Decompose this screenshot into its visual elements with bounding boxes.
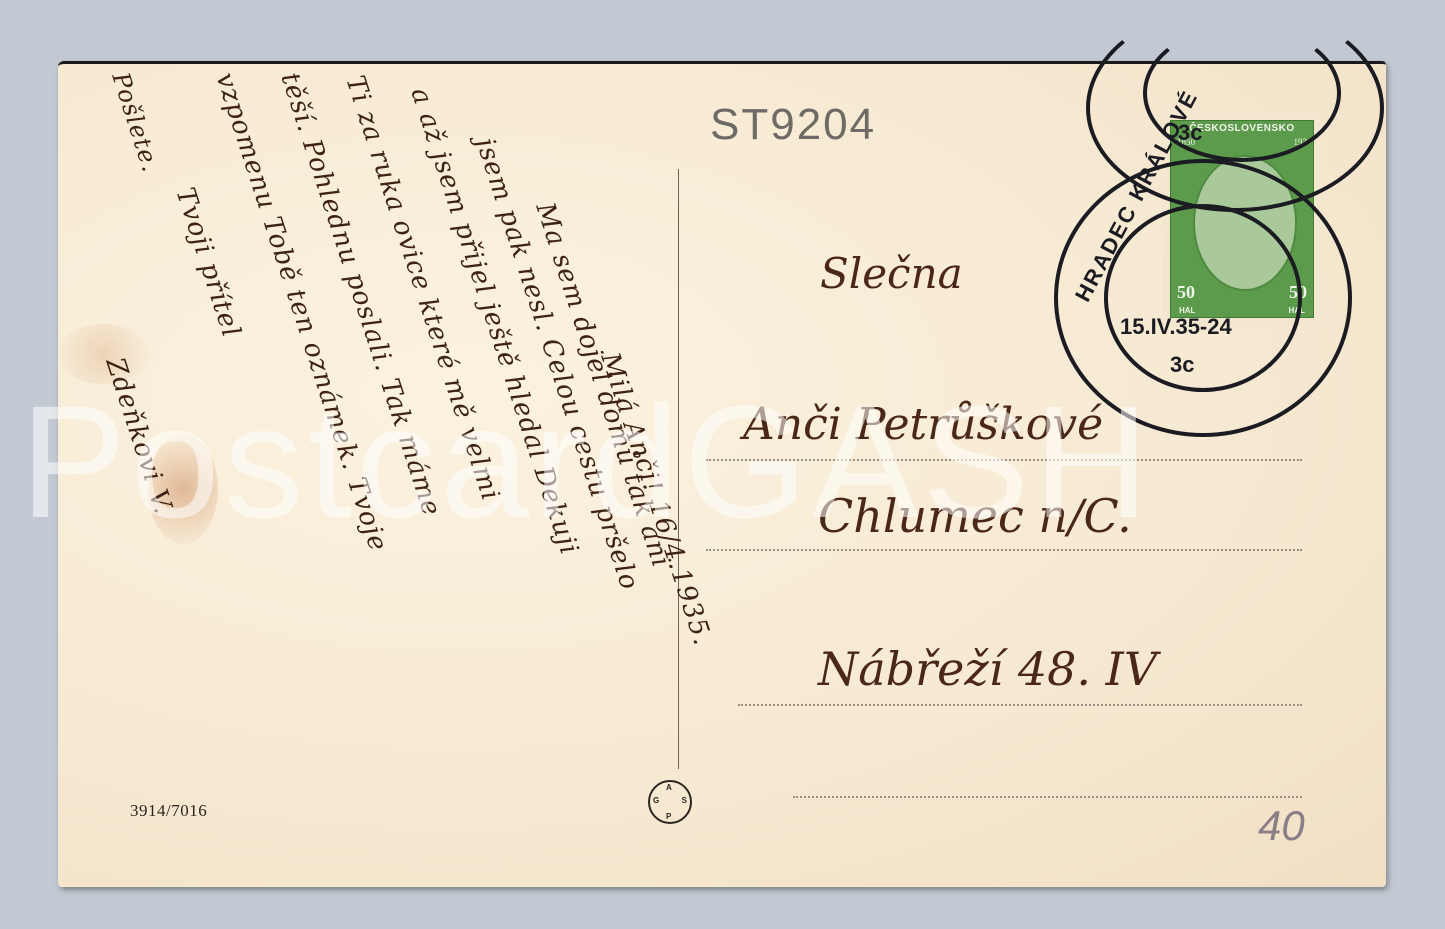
inventory-code: ST9204 xyxy=(710,100,876,150)
postmark-main-inner xyxy=(1104,204,1302,392)
address-line-4 xyxy=(793,796,1302,798)
address-line-3 xyxy=(738,704,1302,706)
message-line: Pošlete. xyxy=(106,69,165,176)
postmark-date: 15.IV.35-24 xyxy=(1120,314,1232,340)
publisher-logo: A G S P xyxy=(648,780,692,824)
postmark-code-upper: 3c xyxy=(1178,120,1202,146)
logo-letter: S xyxy=(682,796,687,805)
logo-letter: P xyxy=(666,812,671,821)
watermark: PostcardGASH xyxy=(20,370,1153,554)
logo-letter: A xyxy=(666,783,672,792)
address-salutation: Slečna xyxy=(820,249,963,298)
price-mark: 40 xyxy=(1258,802,1305,850)
catalog-number: 3914/7016 xyxy=(130,801,207,821)
logo-letter: G xyxy=(653,796,659,805)
message-line: Tvoji přítel xyxy=(169,184,246,342)
postmark-code: 3c xyxy=(1170,352,1194,378)
address-street: Nábřeží 48. IV xyxy=(818,642,1157,696)
